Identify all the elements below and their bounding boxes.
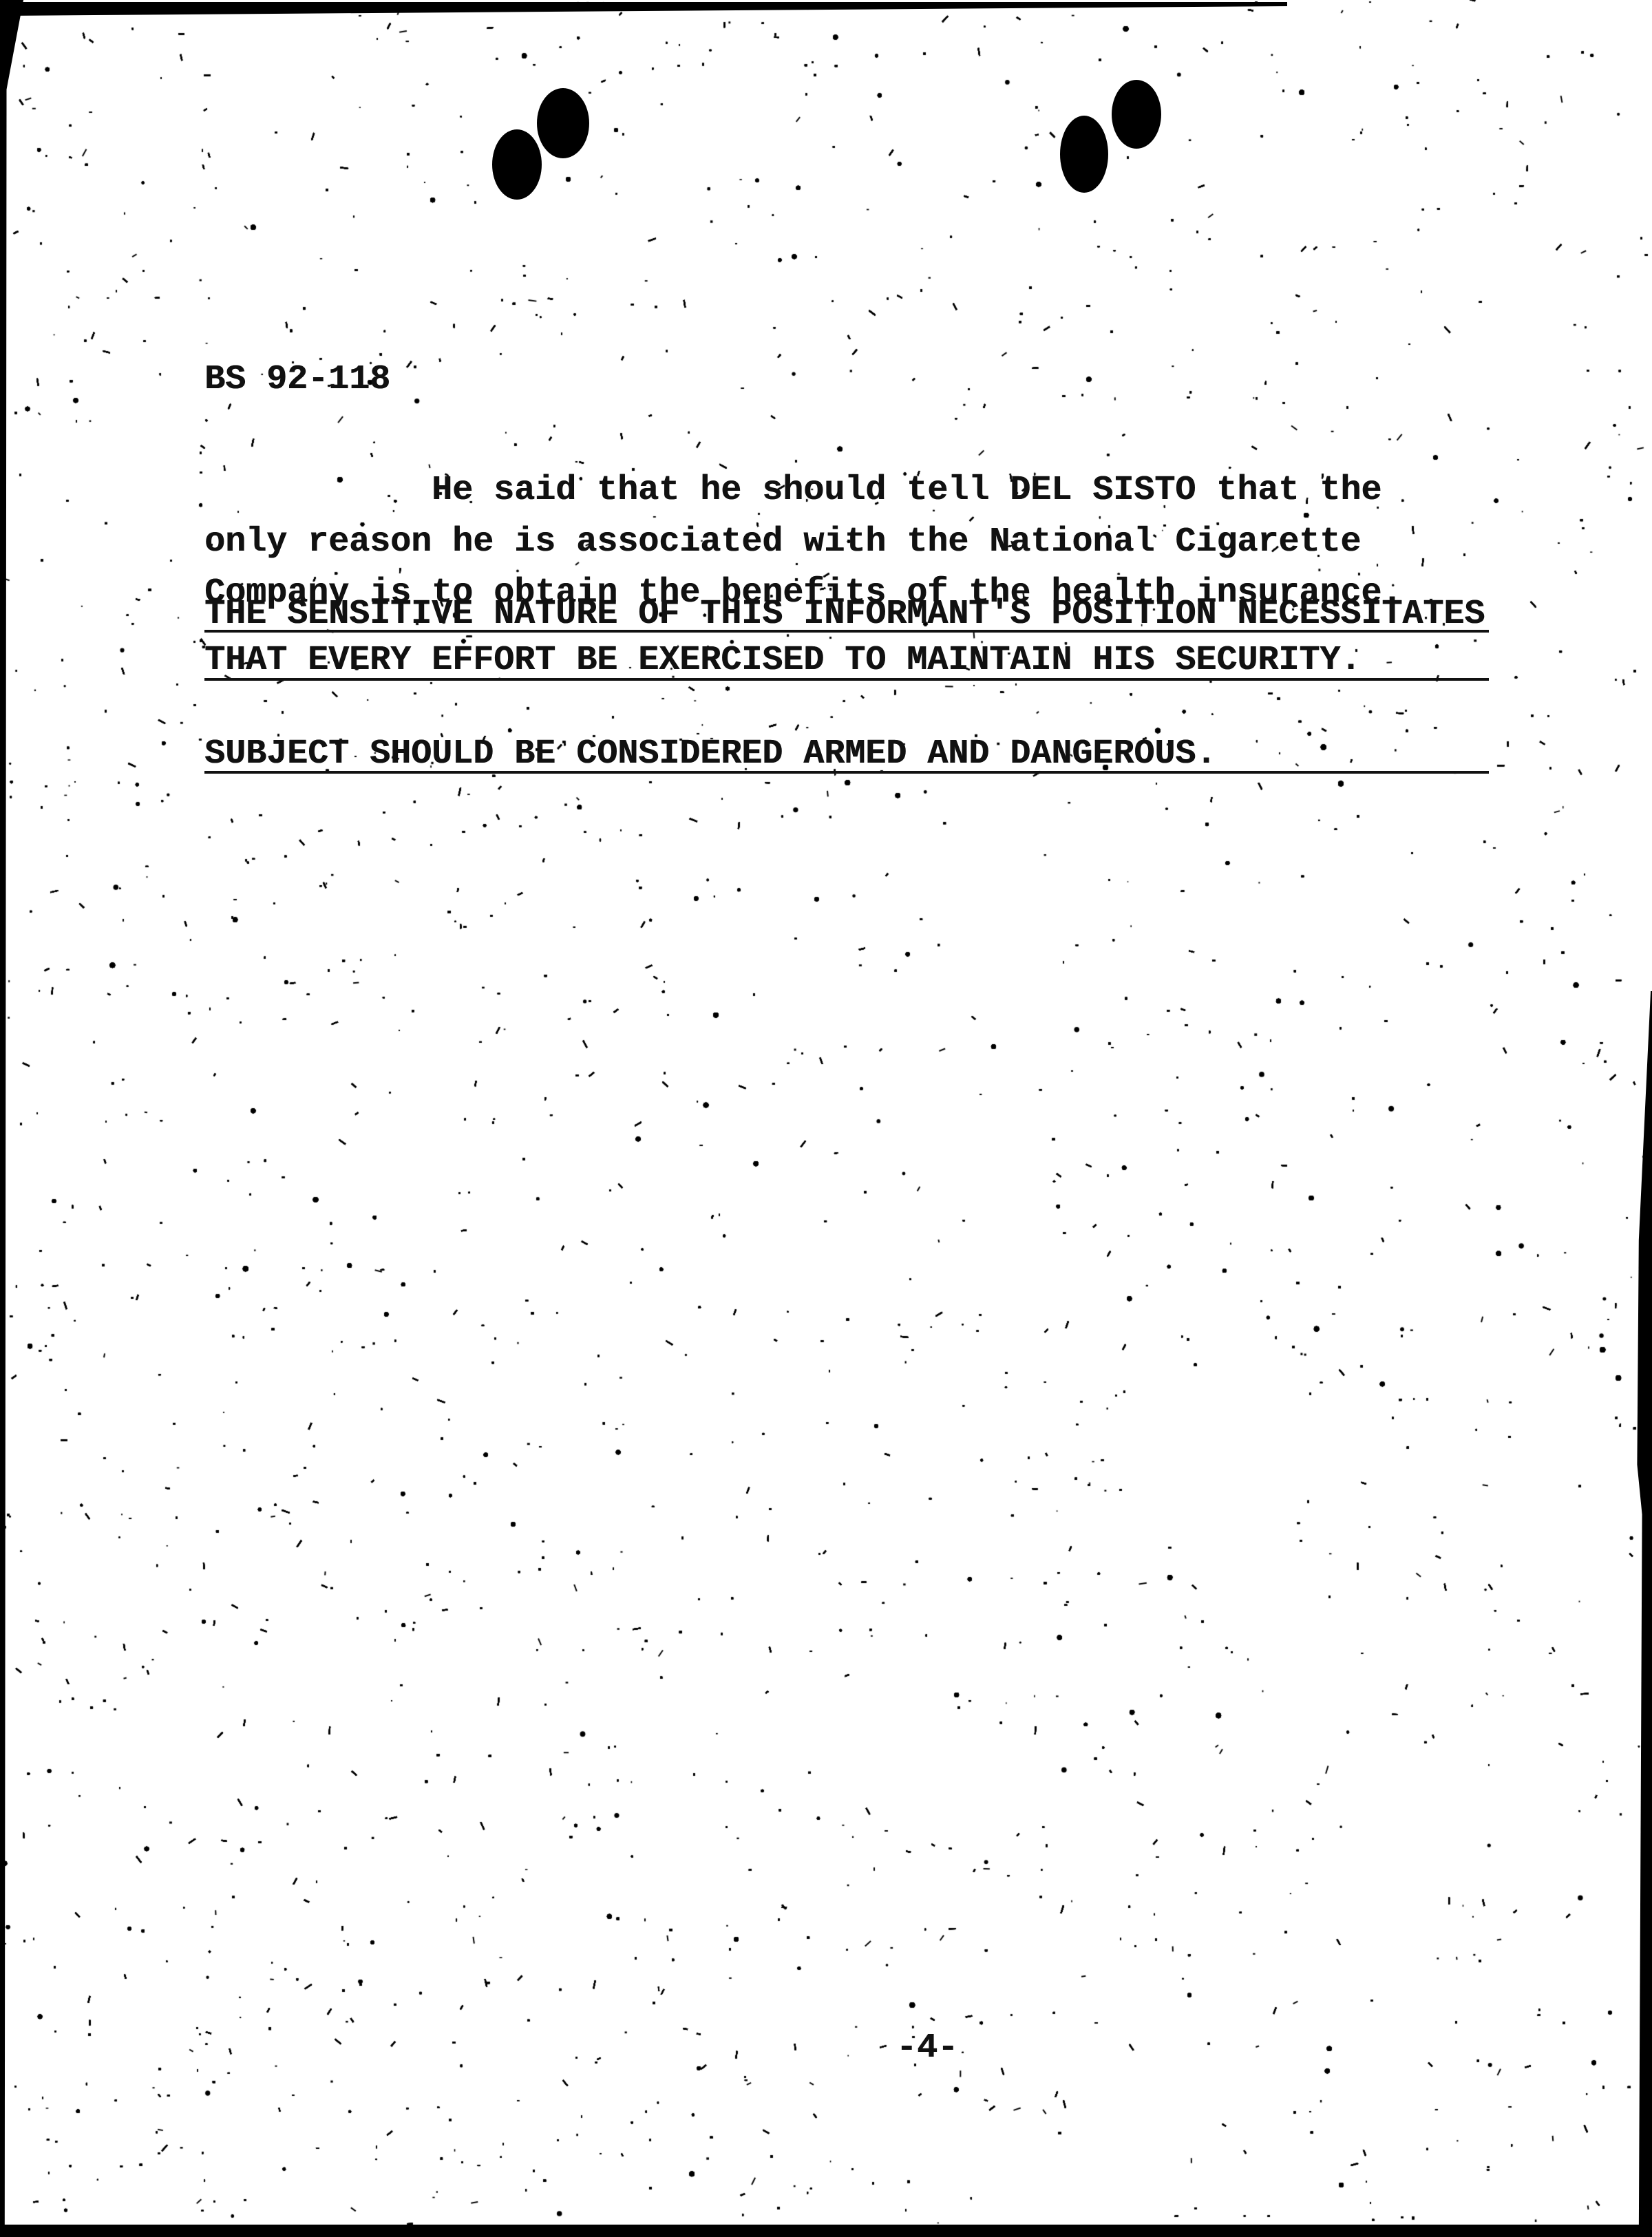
paragraph-line: only reason he is associated with the Na… [204, 525, 1361, 560]
armed-dangerous-warning: SUBJECT SHOULD BE CONSIDERED ARMED AND D… [204, 737, 1216, 772]
scan-noise-texture [0, 0, 1652, 2237]
scan-border-bottom [0, 2225, 1652, 2237]
security-notice-line: THE SENSITIVE NATURE OF THIS INFORMANT'S… [204, 597, 1485, 632]
punch-hole [1060, 116, 1108, 193]
underline [204, 678, 1489, 681]
punch-hole [1112, 80, 1161, 149]
underline [204, 630, 1489, 633]
file-number: BS 92-118 [204, 363, 390, 397]
paragraph-line: He said that he should tell DEL SISTO th… [432, 474, 1381, 508]
punch-hole [492, 129, 542, 200]
punch-hole [537, 88, 589, 158]
underline [204, 771, 1489, 774]
page-number: -4- [896, 2031, 958, 2066]
scanned-document-page: BS 92-118 He said that he should tell DE… [0, 0, 1652, 2237]
security-notice-line: THAT EVERY EFFORT BE EXERCISED TO MAINTA… [204, 644, 1361, 678]
